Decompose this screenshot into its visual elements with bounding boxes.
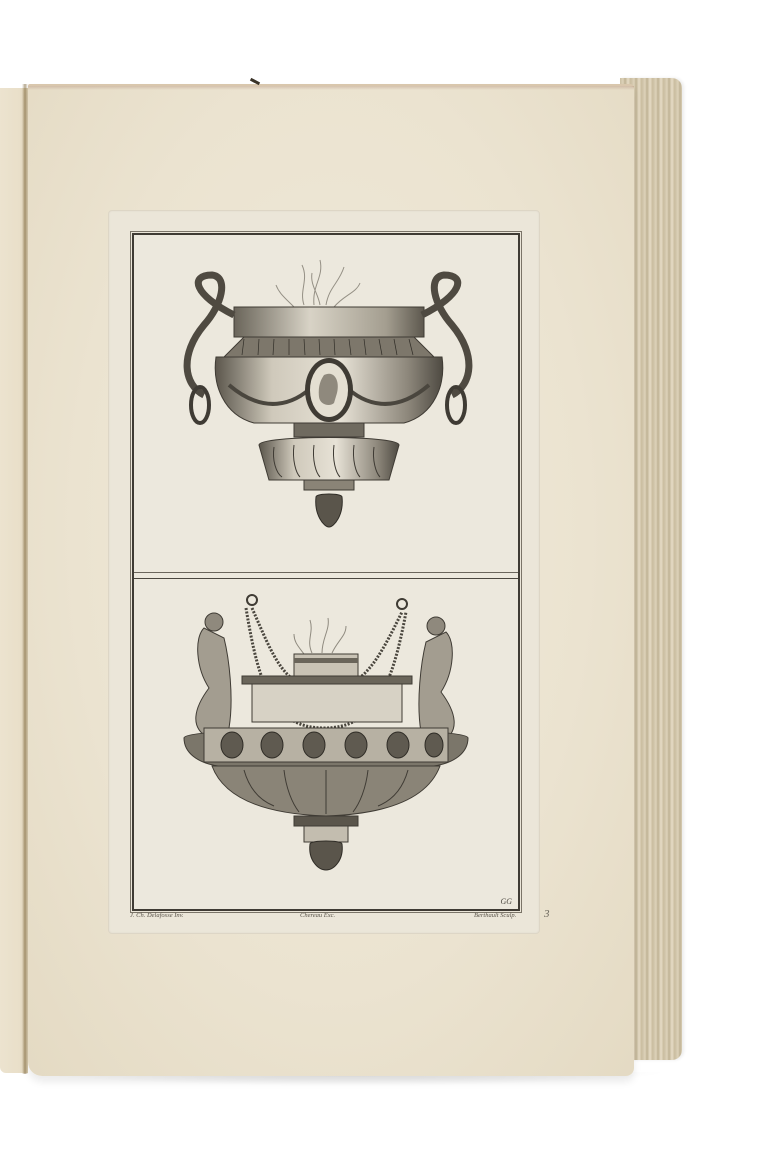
corner-mark: GG: [500, 897, 512, 906]
top-vessel-panel: [134, 235, 518, 572]
hanging-burner-engraving-icon: [134, 577, 518, 909]
plate-number: 3: [544, 908, 550, 920]
page-edge-stain: [28, 86, 634, 90]
caption-designer: J. Ch. Delafosse Inv.: [130, 912, 184, 919]
bottom-vessel-panel: GG: [134, 577, 518, 909]
book-gutter: [22, 84, 28, 1074]
caption-engraver: Berthault Sculp.: [474, 912, 516, 919]
thread-fragment: [250, 78, 260, 85]
urn-engraving-icon: [134, 235, 518, 572]
engraving-frame: GG: [132, 233, 520, 911]
caption-publisher: Chereau Exc.: [300, 912, 335, 919]
photo-scene: GG J. Ch. Delafosse Inv. Chereau Exc. Be…: [0, 0, 768, 1149]
book-page: GG J. Ch. Delafosse Inv. Chereau Exc. Be…: [28, 84, 634, 1076]
